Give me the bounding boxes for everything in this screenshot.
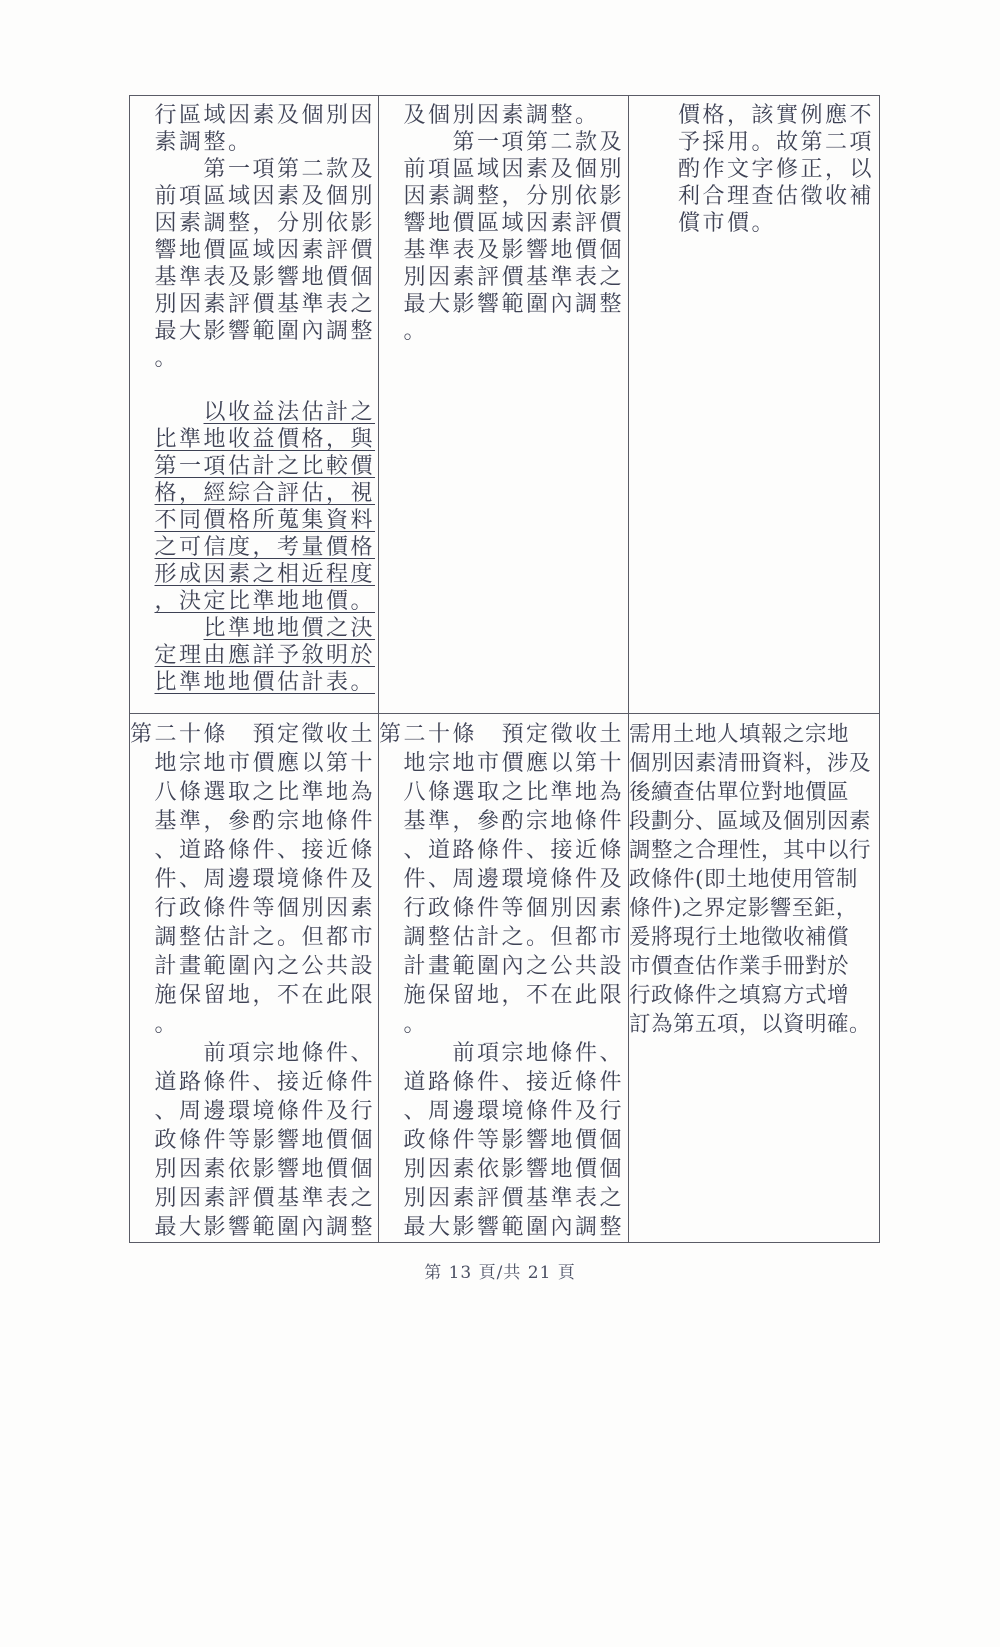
text-line: 最大影響範圍內調整 [130, 318, 378, 345]
text-line: 計畫範圍內之公共設 [379, 952, 628, 981]
text-line: 素調整。 [130, 129, 378, 156]
text-line: 基準，參酌宗地條件 [130, 807, 378, 836]
text-line: 行政條件等個別因素 [379, 894, 628, 923]
text-line: 基準表及影響地價個 [379, 237, 628, 264]
text-line: 行區域因素及個別因 [130, 102, 378, 129]
text-line: 。 [379, 318, 628, 345]
text-line: 酌作文字修正，以 [629, 156, 879, 183]
text-line: 前項宗地條件、 [130, 1039, 378, 1068]
text-line: 件、周邊環境條件及 [379, 865, 628, 894]
text-line: 最大影響範圍內調整 [379, 1213, 628, 1242]
text-line: 別因素評價基準表之 [379, 264, 628, 291]
text-line: 件、周邊環境條件及 [130, 865, 378, 894]
text-line: 個別因素清冊資料，涉及 [629, 749, 879, 778]
table-row-article20: 第二十條 預定徵收土地宗地市價應以第十八條選取之比準地為基準，參酌宗地條件、道路… [130, 714, 879, 1242]
text-line: 計畫範圍內之公共設 [130, 952, 378, 981]
article-comparison-table: 行區域因素及個別因素調整。第一項第二款及前項區域因素及個別因素調整，分別依影響地… [129, 95, 880, 1243]
table-row-article19-continued: 行區域因素及個別因素調整。第一項第二款及前項區域因素及個別因素調整，分別依影響地… [130, 96, 879, 714]
text-line: 基準，參酌宗地條件 [379, 807, 628, 836]
text-line: 條件)之界定影響至鉅， [629, 894, 879, 923]
text-line: 定理由應詳予敘明於 [130, 642, 378, 669]
text-line: 前項區域因素及個別 [379, 156, 628, 183]
text-line: 償市價。 [629, 210, 879, 237]
text-line: 訂為第五項，以資明確。 [629, 1010, 879, 1039]
text-line: 道路條件、接近條件 [379, 1068, 628, 1097]
text-line: 比準地收益價格，與 [130, 426, 378, 453]
text-line: 別因素依影響地價個 [379, 1155, 628, 1184]
text-line: ，決定比準地地價。 [130, 588, 378, 615]
text-line: 政條件(即土地使用管制 [629, 865, 879, 894]
text-line: 調整之合理性，其中以行 [629, 836, 879, 865]
text-line: 別因素評價基準表之 [130, 291, 378, 318]
text-line: 、周邊環境條件及行 [379, 1097, 628, 1126]
text-line: 地宗地市價應以第十 [130, 749, 378, 778]
text-line: 政條件等影響地價個 [379, 1126, 628, 1155]
text-line: 第二十條 預定徵收土 [379, 720, 628, 749]
text-line: 施保留地，不在此限 [130, 981, 378, 1010]
text-line: 前項區域因素及個別 [130, 183, 378, 210]
text-line: 調整估計之。但都市 [130, 923, 378, 952]
text-line: 比準地地價之決 [130, 615, 378, 642]
text-line: 最大影響範圍內調整 [130, 1213, 378, 1242]
text-line: 後續查估單位對地價區 [629, 778, 879, 807]
text-line: 不同價格所蒐集資料 [130, 507, 378, 534]
text-line: 段劃分、區域及個別因素 [629, 807, 879, 836]
text-line: 利合理查估徵收補 [629, 183, 879, 210]
text-line: 及個別因素調整。 [379, 102, 628, 129]
amended-text-cell-row1: 行區域因素及個別因素調整。第一項第二款及前項區域因素及個別因素調整，分別依影響地… [130, 96, 379, 713]
text-line: 最大影響範圍內調整 [379, 291, 628, 318]
text-line: 道路條件、接近條件 [130, 1068, 378, 1097]
text-line: 價格，該實例應不 [629, 102, 879, 129]
text-line: 施保留地，不在此限 [379, 981, 628, 1010]
text-line: 因素調整，分別依影 [130, 210, 378, 237]
amended-text-cell-row2: 第二十條 預定徵收土地宗地市價應以第十八條選取之比準地為基準，參酌宗地條件、道路… [130, 714, 379, 1242]
text-line: 行政條件之填寫方式增 [629, 981, 879, 1010]
text-line: 以收益法估計之 [130, 399, 378, 426]
text-line: 八條選取之比準地為 [130, 778, 378, 807]
text-line: 別因素評價基準表之 [130, 1184, 378, 1213]
text-line: 之可信度，考量價格 [130, 534, 378, 561]
text-line: 格，經綜合評估，視 [130, 480, 378, 507]
text-line: 政條件等影響地價個 [130, 1126, 378, 1155]
text-line: 第一項估計之比較價 [130, 453, 378, 480]
text-line: 地宗地市價應以第十 [379, 749, 628, 778]
text-line: 響地價區域因素評價 [379, 210, 628, 237]
text-line: 。 [130, 1010, 378, 1039]
text-line: 、周邊環境條件及行 [130, 1097, 378, 1126]
text-line: 調整估計之。但都市 [379, 923, 628, 952]
text-line: 八條選取之比準地為 [379, 778, 628, 807]
text-line: 、道路條件、接近條 [130, 836, 378, 865]
text-line [130, 372, 378, 399]
text-line: 響地價區域因素評價 [130, 237, 378, 264]
explanation-cell-row1: 價格，該實例應不予採用。故第二項酌作文字修正，以利合理查估徵收補償市價。 [629, 96, 879, 713]
text-line: 第一項第二款及 [379, 129, 628, 156]
explanation-cell-row2: 需用土地人填報之宗地個別因素清冊資料，涉及後續查估單位對地價區段劃分、區域及個別… [629, 714, 879, 1242]
text-line: 形成因素之相近程度 [130, 561, 378, 588]
text-line: 前項宗地條件、 [379, 1039, 628, 1068]
text-line: 行政條件等個別因素 [130, 894, 378, 923]
text-line: 、道路條件、接近條 [379, 836, 628, 865]
text-line: 第一項第二款及 [130, 156, 378, 183]
text-line: 予採用。故第二項 [629, 129, 879, 156]
text-line: 別因素依影響地價個 [130, 1155, 378, 1184]
text-line: 比準地地價估計表。 [130, 669, 378, 696]
text-line: 。 [379, 1010, 628, 1039]
text-line: 需用土地人填報之宗地 [629, 720, 879, 749]
scanned-document-page: 行區域因素及個別因素調整。第一項第二款及前項區域因素及個別因素調整，分別依影響地… [0, 0, 1000, 1647]
current-text-cell-row2: 第二十條 預定徵收土地宗地市價應以第十八條選取之比準地為基準，參酌宗地條件、道路… [379, 714, 629, 1242]
text-line: 市價查估作業手冊對於 [629, 952, 879, 981]
text-line: 基準表及影響地價個 [130, 264, 378, 291]
current-text-cell-row1: 及個別因素調整。第一項第二款及前項區域因素及個別因素調整，分別依影響地價區域因素… [379, 96, 629, 713]
text-line: 因素調整，分別依影 [379, 183, 628, 210]
text-line: 爰將現行土地徵收補償 [629, 923, 879, 952]
text-line: 第二十條 預定徵收土 [130, 720, 378, 749]
text-line: 別因素評價基準表之 [379, 1184, 628, 1213]
page-number-footer: 第 13 頁/共 21 頁 [0, 1258, 1000, 1283]
text-line: 。 [130, 345, 378, 372]
